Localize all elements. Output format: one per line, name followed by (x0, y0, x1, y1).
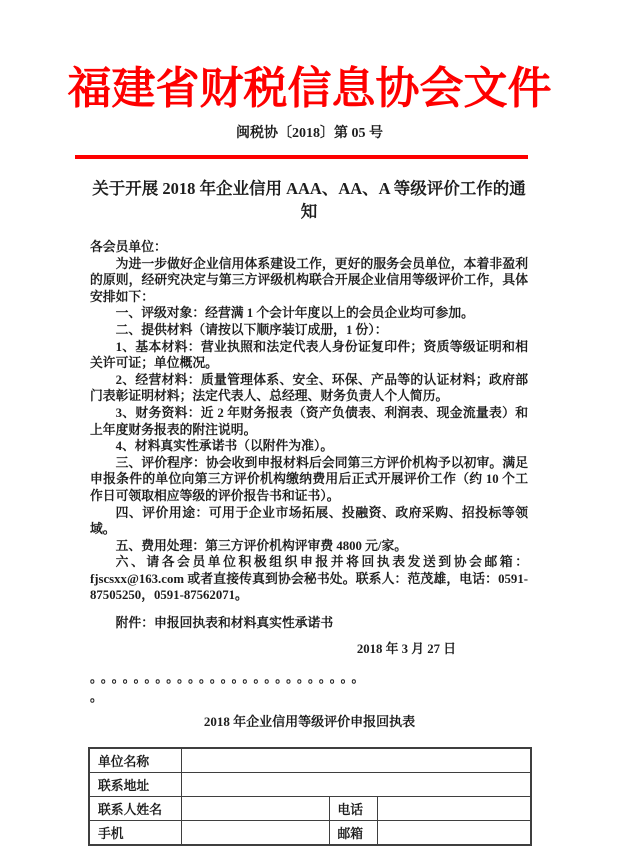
form-field-address[interactable] (181, 772, 531, 796)
body-paragraph: 一、评级对象：经营满 1 个会计年度以上的会员企业均可参加。 (90, 305, 528, 322)
doc-title: 关于开展 2018 年企业信用 AAA、AA、A 等级评价工作的通知 (90, 177, 528, 223)
form-field-contact-name[interactable] (181, 796, 329, 820)
form-title: 2018 年企业信用等级评价申报回执表 (0, 713, 619, 730)
body-paragraph: 1、基本材料：营业执照和法定代表人身份证复印件；资质等级证明和相关许可证；单位概… (90, 339, 528, 372)
body-paragraph: 二、提供材料（请按以下顺序装订成册，1 份）： (90, 322, 528, 339)
form-field-email[interactable] (377, 820, 531, 845)
document-page: 福建省财税信息协会文件 闽税协〔2018〕第 05 号 关于开展 2018 年企… (0, 0, 619, 853)
table-row: 联系人姓名 电话 (89, 796, 531, 820)
form-label-unit-name: 单位名称 (89, 748, 181, 773)
body-paragraph: 三、评价程序：协会收到申报材料后会同第三方评价机构予以初审。满足申报条件的单位向… (90, 455, 528, 505)
table-row: 手机 邮箱 (89, 820, 531, 845)
doc-number: 闽税协〔2018〕第 05 号 (0, 125, 619, 143)
body-paragraph: 3、财务资料：近 2 年财务报表（资产负债表、利润表、现金流量表）和上年度财务报… (90, 405, 528, 438)
body-paragraph: 五、费用处理：第三方评价机构评审费 4800 元/家。 (90, 538, 528, 555)
body-paragraph: 六、请各会员单位积极组织申报并将回执表发送到协会邮箱：fjscsxx@163.c… (90, 554, 528, 604)
separator-dots: 。。。。。。。。。。。。。。。。。。。。。。。。。 。 (90, 669, 528, 707)
attachment-line: 附件：申报回执表和材料真实性承诺书 (90, 615, 528, 632)
org-title: 福建省财税信息协会文件 (0, 64, 619, 114)
doc-date: 2018 年 3 月 27 日 (90, 641, 528, 658)
body-paragraph: 四、评价用途：可用于企业市场拓展、投融资、政府采购、招投标等领域。 (90, 505, 528, 538)
body-paragraph: 2、经营材料：质量管理体系、安全、环保、产品等的认证材料；政府部门表彰证明材料；… (90, 372, 528, 405)
form-label-contact-name: 联系人姓名 (89, 796, 181, 820)
salutation: 各会员单位： (90, 239, 528, 256)
form-field-mobile[interactable] (181, 820, 329, 845)
form-field-unit-name[interactable] (181, 748, 531, 773)
body-paragraph: 4、材料真实性承诺书（以附件为准）。 (90, 438, 528, 455)
separator-dots-row: 。。。。。。。。。。。。。。。。。。。。。。。。。 (90, 669, 528, 688)
form-label-mobile: 手机 (89, 820, 181, 845)
red-divider (75, 155, 528, 159)
table-row: 联系地址 (89, 772, 531, 796)
body-paragraph: 为进一步做好企业信用体系建设工作，更好的服务会员单位，本着非盈利的原则，经研究决… (90, 256, 528, 306)
form-label-email: 邮箱 (329, 820, 377, 845)
doc-body: 各会员单位： 为进一步做好企业信用体系建设工作，更好的服务会员单位，本着非盈利的… (90, 239, 528, 632)
form-label-phone: 电话 (329, 796, 377, 820)
form-label-address: 联系地址 (89, 772, 181, 796)
form-field-phone[interactable] (377, 796, 531, 820)
table-row: 单位名称 (89, 748, 531, 773)
separator-dots-row: 。 (90, 688, 528, 707)
reply-form-table: 单位名称 联系地址 联系人姓名 电话 手机 邮箱 (88, 747, 532, 846)
